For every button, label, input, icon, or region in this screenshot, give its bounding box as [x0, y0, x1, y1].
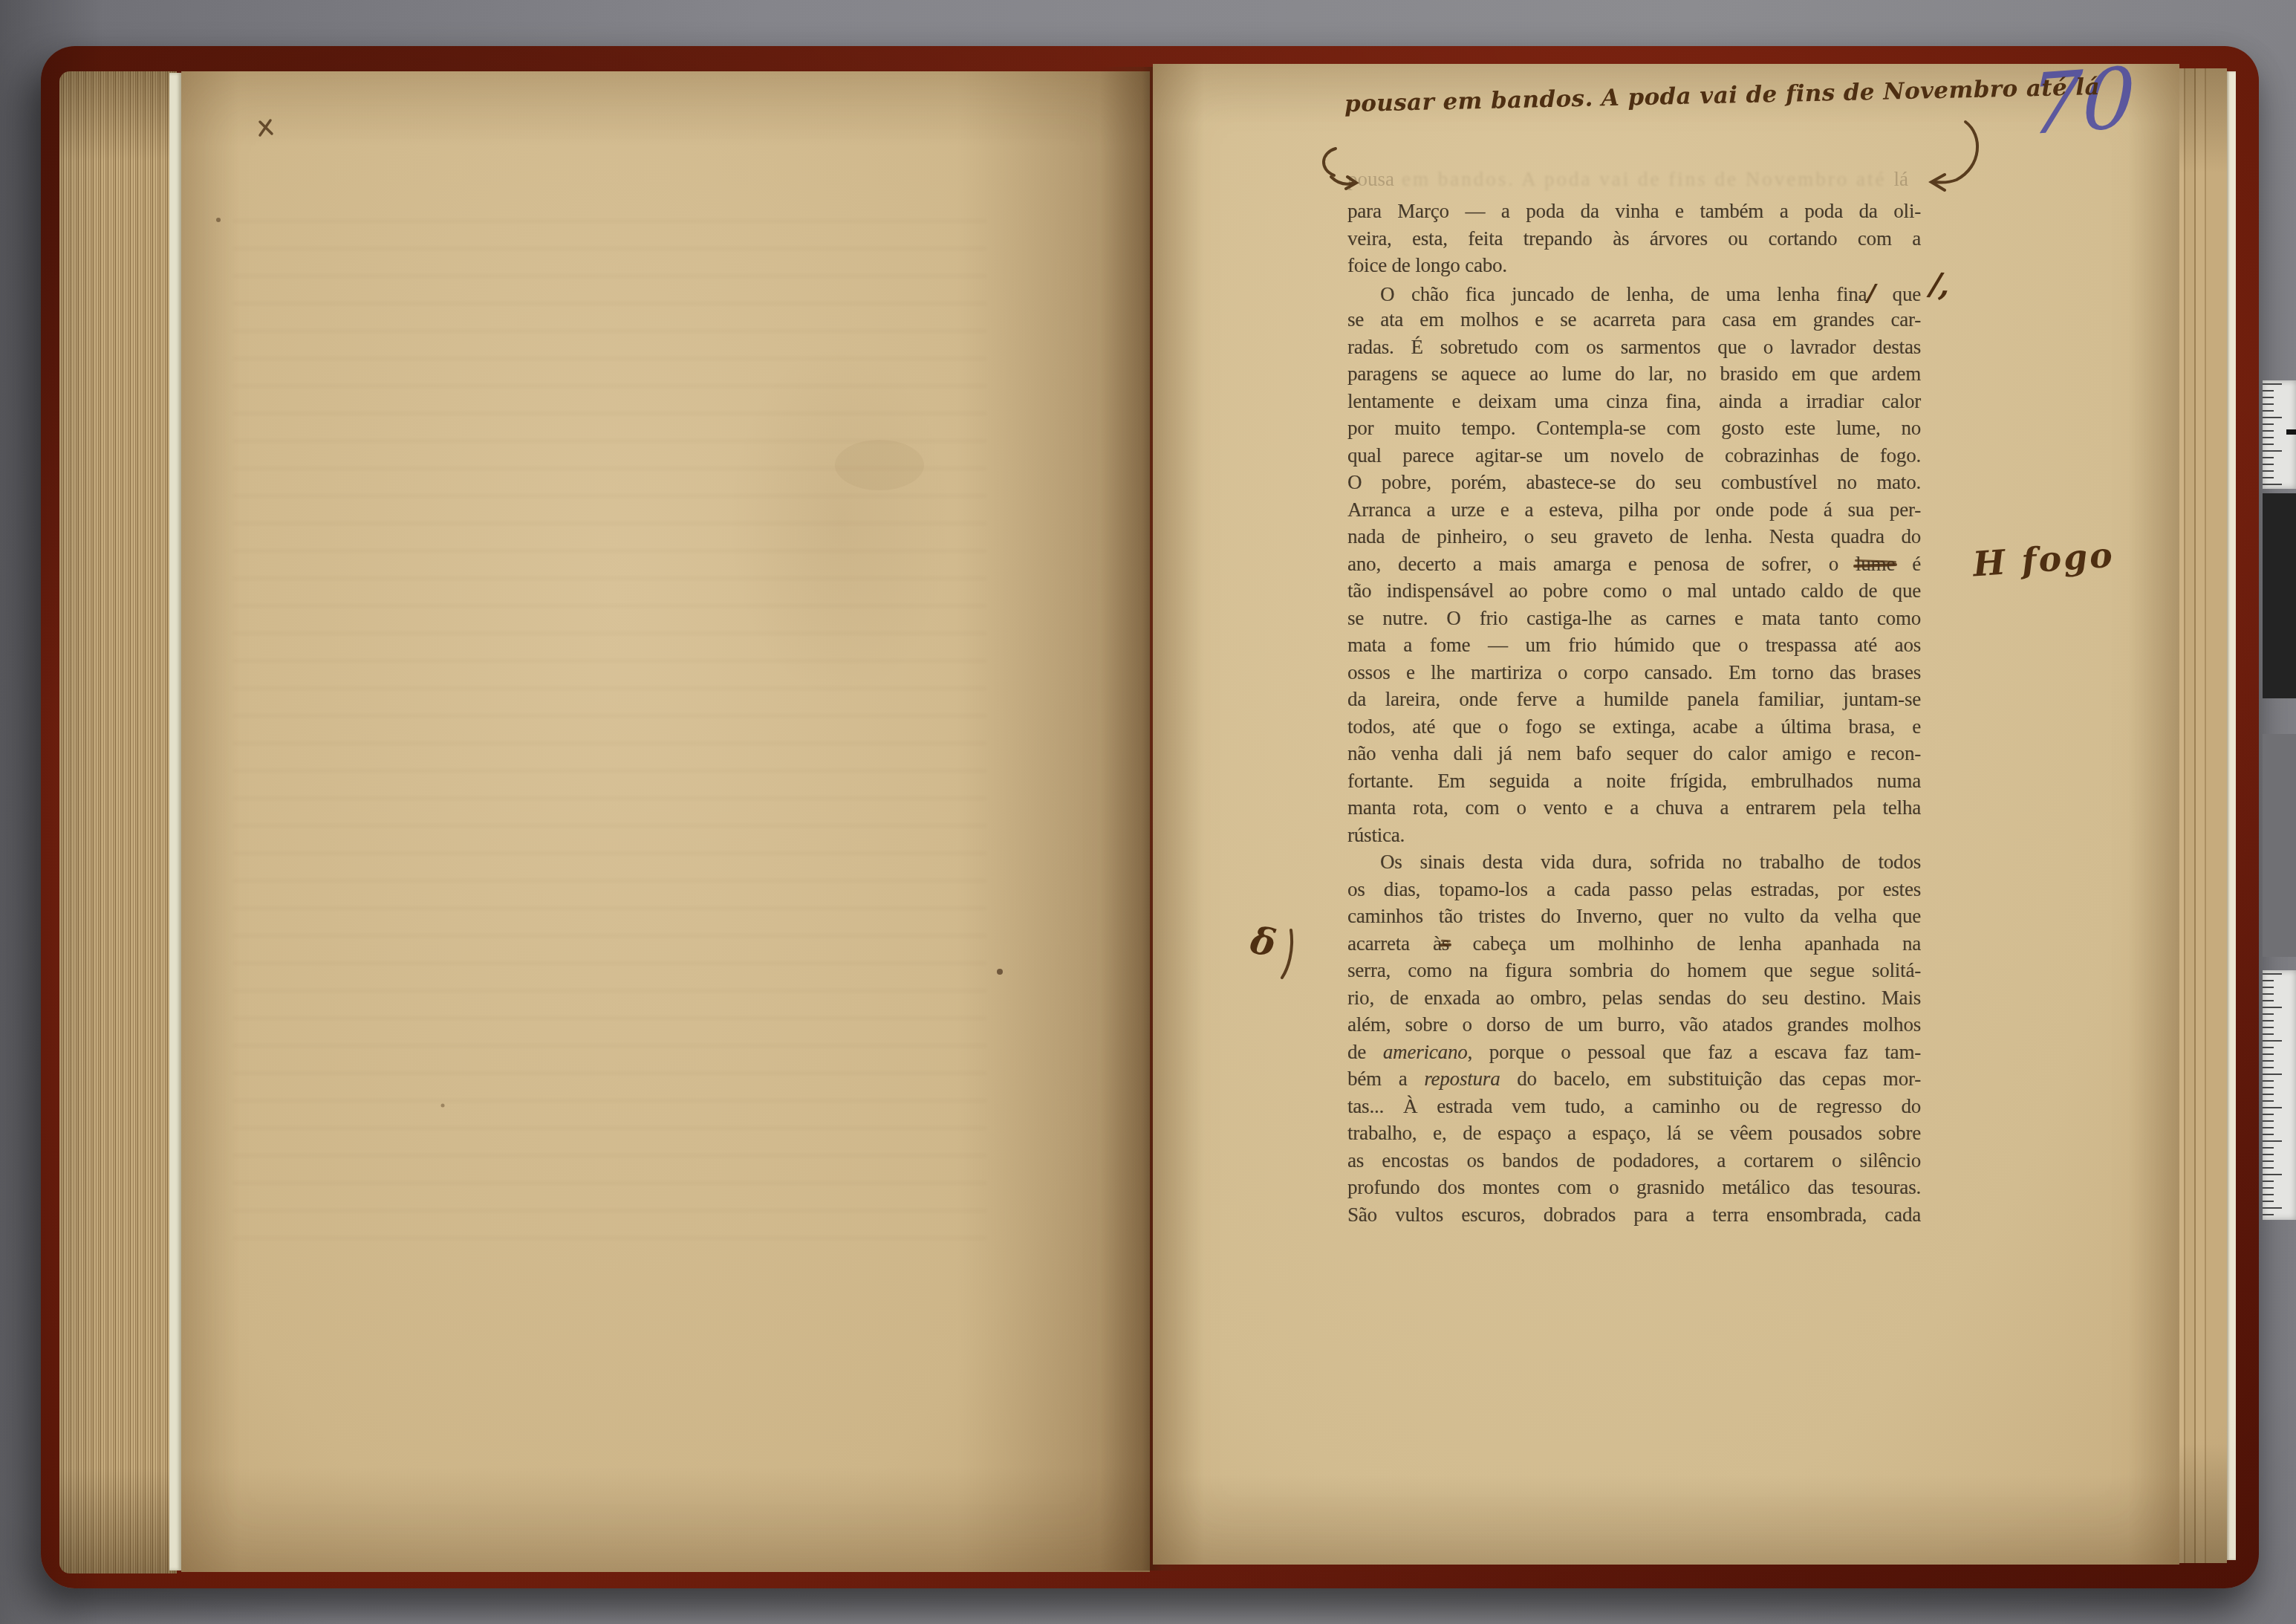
- printed-line: de americano, porque o pessoal que faz a…: [1347, 1039, 1921, 1066]
- text-segment: , porque o pessoal que faz a escava faz …: [1468, 1041, 1922, 1063]
- printed-line: Os sinais desta vida dura, sofrida no tr…: [1347, 848, 1921, 876]
- arrow-to-erased-line-head: [1931, 175, 1945, 190]
- printed-line: mata a fome — um frio húmido que o tresp…: [1347, 631, 1921, 659]
- arrow-to-erased-line-shaft: [1934, 122, 1977, 183]
- printed-line: qual parece agitar-se um novelo de cobra…: [1347, 442, 1921, 470]
- printed-line: rio, de enxada ao ombro, pelas sendas do…: [1347, 984, 1921, 1012]
- printed-line: ano, decerto a mais amarga e penosa de s…: [1347, 550, 1921, 578]
- printed-line: todos, até que o fogo se extinga, acabe …: [1347, 713, 1921, 741]
- printed-line: da lareira, onde ferve a humilde panela …: [1347, 686, 1921, 713]
- printed-line: Arranca a urze e a esteva, pilha por ond…: [1347, 496, 1921, 524]
- printed-line: tão indispensável ao pobre como o mal un…: [1347, 577, 1921, 605]
- calibration-gray-patch: [2263, 734, 2296, 957]
- printed-line: serra, como na figura sombria do homem q…: [1347, 957, 1921, 984]
- right-text-page: 70 pousar em bandos. A poda vai de fins …: [1153, 64, 2179, 1565]
- printed-line: as encostas os bandos de podadores, a co…: [1347, 1147, 1921, 1175]
- proof-mark-insert-comma: /,: [1928, 265, 1948, 303]
- printed-line: trabalho, e, de espaço a espaço, lá se v…: [1347, 1120, 1921, 1147]
- endpaper-sliver-left: [169, 73, 181, 1571]
- text-segment: que: [1876, 283, 1921, 305]
- printed-line: O pobre, porém, abastece-se do seu combu…: [1347, 469, 1921, 496]
- curl-mark: [1324, 149, 1336, 175]
- page-edges-left: [59, 71, 177, 1573]
- calibration-ruler-bottom: [2263, 970, 2296, 1220]
- proof-mark-deleatur: δ: [1247, 918, 1279, 966]
- text-segment: cabeça um molhinho de lenha apanhada na: [1449, 932, 1921, 955]
- paragraph: O chão fica juncado de lenha, de uma len…: [1347, 279, 1921, 849]
- pen-struck-word: lume: [1856, 553, 1895, 575]
- printed-text-block: para Março — a poda da vinha e também a …: [1347, 198, 1921, 1228]
- printed-line: profundo dos montes com o grasnido metál…: [1347, 1174, 1921, 1201]
- erased-line-start: pousa: [1347, 168, 1394, 190]
- printed-line: rústica.: [1347, 822, 1921, 849]
- deleatur-tail: [1282, 930, 1292, 978]
- text-segment: de: [1347, 1041, 1383, 1063]
- erased-print-line: pousaem bandos. A poda vai de fins de No…: [1347, 168, 1927, 191]
- printed-line: para Março — a poda da vinha e também a …: [1347, 198, 1921, 225]
- printed-line: ossos e lhe martiriza o corpo cansado. E…: [1347, 659, 1921, 686]
- proof-mark-replacement-word: H fogo: [1971, 534, 2115, 584]
- endpaper-sliver-right: [2227, 71, 2236, 1560]
- paragraph: para Março — a poda da vinha e também a …: [1347, 198, 1921, 279]
- printed-line: por muito tempo. Contempla-se com gosto …: [1347, 415, 1921, 442]
- printed-line: se ata em molhos e se acarreta para casa…: [1347, 306, 1921, 334]
- ink-speck: [216, 218, 221, 222]
- text-segment: é: [1895, 553, 1921, 575]
- handwritten-annotation: pousar em bandos. A poda vai de fins de …: [1344, 76, 2014, 117]
- printed-line: tas... À estrada vem tudo, a caminho ou …: [1347, 1093, 1921, 1120]
- printed-line: caminhos tão tristes do Inverno, quer no…: [1347, 903, 1921, 930]
- left-blank-page: [181, 71, 1150, 1572]
- text-segment: O chão fica juncado de lenha, de uma len…: [1380, 283, 1867, 305]
- printed-line: São vultos escuros, dobrados para a terr…: [1347, 1201, 1921, 1229]
- text-segment: do bacelo, em substituição das cepas mor…: [1500, 1068, 1921, 1090]
- printed-line: O chão fica juncado de lenha, de uma len…: [1347, 279, 1921, 307]
- printed-line: acarreta às cabeça um molhinho de lenha …: [1347, 930, 1921, 958]
- calibration-ruler-top: [2263, 380, 2296, 489]
- printed-line: paragens se aquece ao lume do lar, no br…: [1347, 360, 1921, 388]
- pen-struck-word: s: [1442, 932, 1449, 955]
- erased-line-middle: em bandos. A poda vai de fins de Novembr…: [1402, 168, 1886, 190]
- text-segment: ano, decerto a mais amarga e penosa de s…: [1347, 553, 1856, 575]
- ink-cross-mark: [260, 120, 272, 135]
- printed-line: além, sobre o dorso de um burro, vão ata…: [1347, 1011, 1921, 1039]
- italic-word: americano: [1383, 1041, 1468, 1063]
- printed-line: lentamente e deixam uma cinza fina, aind…: [1347, 388, 1921, 415]
- printed-line: veira, esta, feita trepando às árvores o…: [1347, 225, 1921, 253]
- printed-line: os dias, topamo-los a cada passo pelas e…: [1347, 876, 1921, 903]
- printed-line: nada de pinheiro, o seu graveto de lenha…: [1347, 523, 1921, 550]
- text-showthrough: [233, 220, 986, 1260]
- calibration-strip: [2263, 0, 2296, 1624]
- pen-insertion-slash: /: [1867, 279, 1876, 307]
- handwritten-page-number: 70: [2028, 50, 2137, 155]
- printed-line: bém a repostura do bacelo, em substituiç…: [1347, 1065, 1921, 1093]
- calibration-dash: [2286, 429, 2296, 435]
- calibration-black-patch: [2263, 493, 2296, 698]
- printed-line: não venha dali já nem bafo sequer do cal…: [1347, 740, 1921, 767]
- text-segment: bém a: [1347, 1068, 1424, 1090]
- printed-line: manta rota, com o vento e a chuva a entr…: [1347, 794, 1921, 822]
- erased-line-end: lá: [1893, 168, 1908, 190]
- paragraph: Os sinais desta vida dura, sofrida no tr…: [1347, 848, 1921, 1228]
- text-segment: acarreta à: [1347, 932, 1442, 955]
- italic-word: repostura: [1424, 1068, 1500, 1090]
- printed-line: se nutre. O frio castiga-lhe as carnes e…: [1347, 605, 1921, 632]
- printed-line: radas. É sobretudo com os sarmentos que …: [1347, 334, 1921, 361]
- ink-speck: [997, 969, 1003, 975]
- printed-line: fortante. Em seguida a noite frígida, em…: [1347, 767, 1921, 795]
- printed-line: foice de longo cabo.: [1347, 252, 1921, 279]
- page-edges-right: [2179, 68, 2227, 1563]
- photographed-open-book: 70 pousar em bandos. A poda vai de fins …: [0, 0, 2296, 1624]
